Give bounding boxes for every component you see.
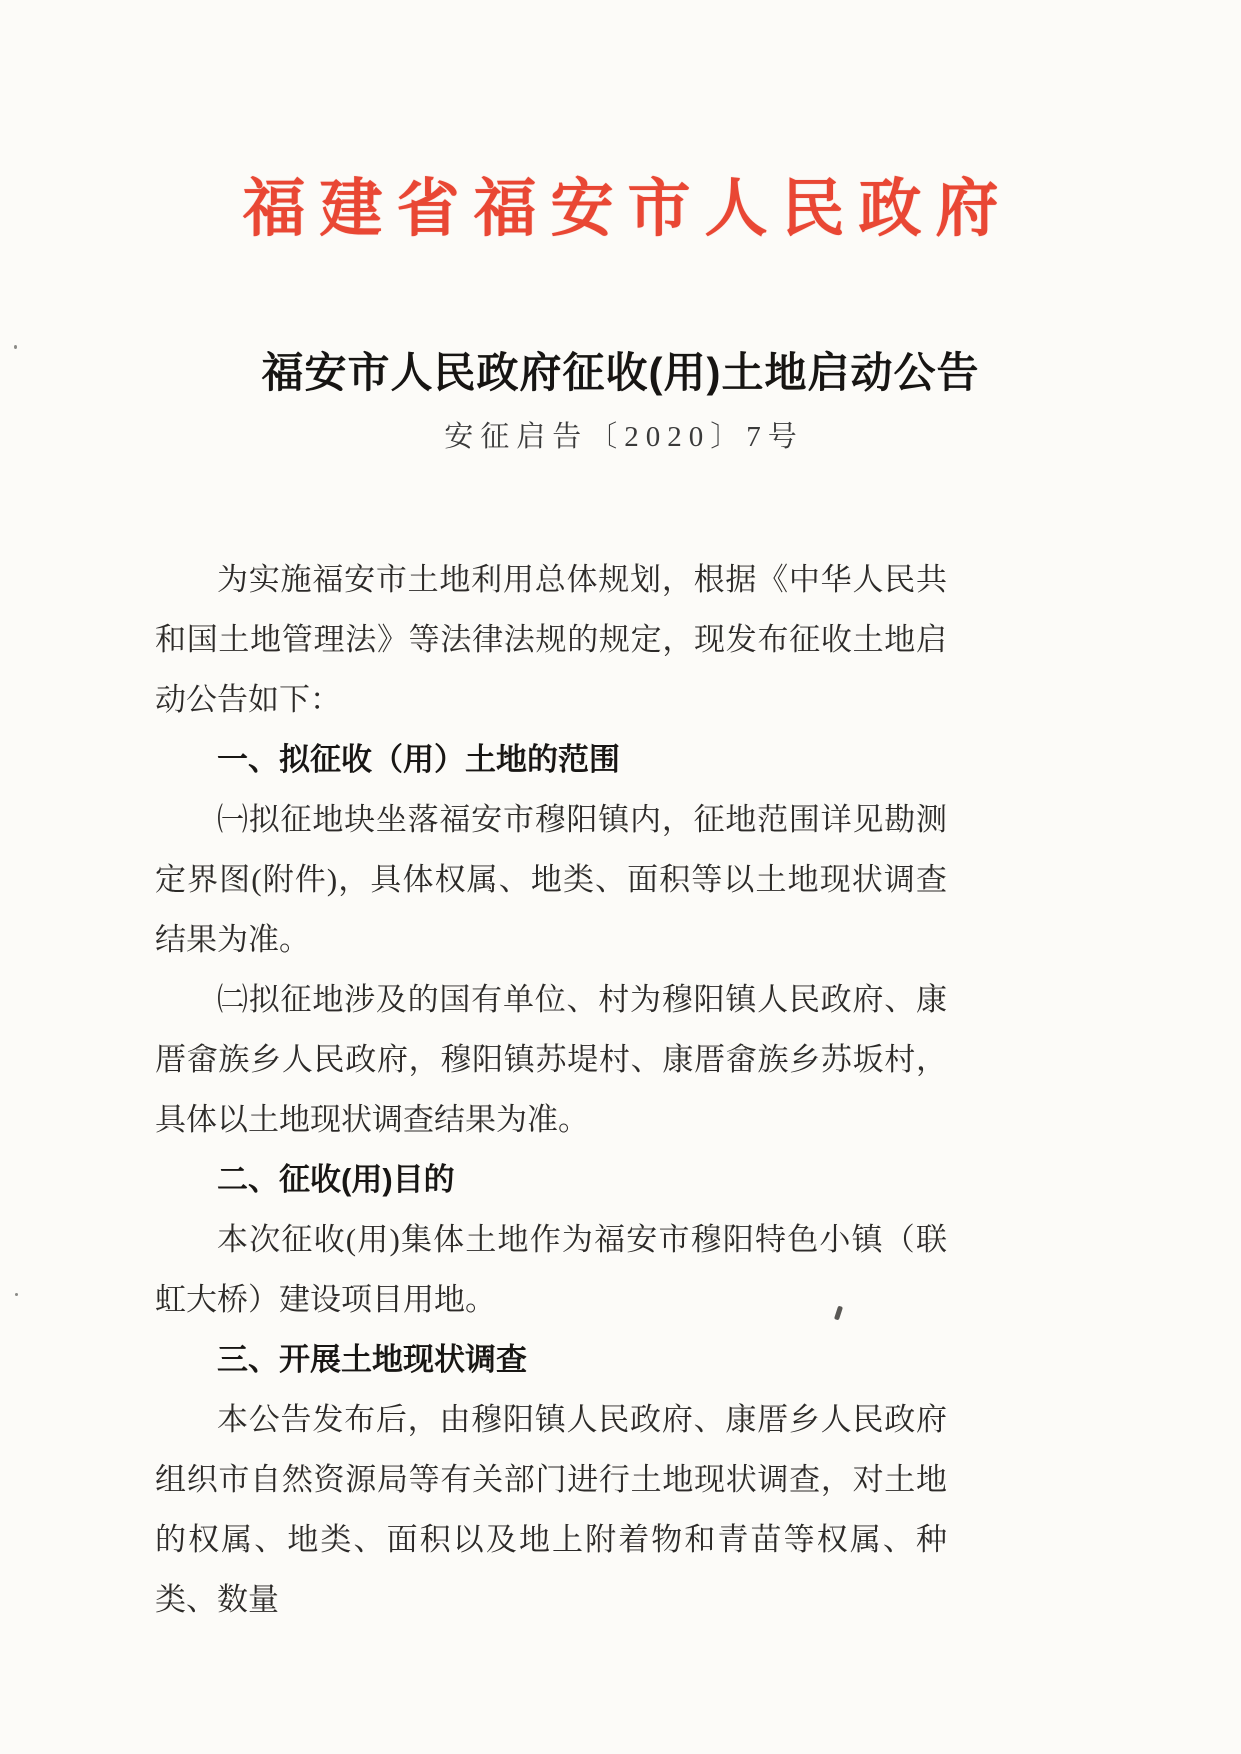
section-heading-3: 三、开展土地现状调查	[155, 1330, 947, 1390]
paragraph-intro: 为实施福安市土地利用总体规划，根据《中华人民共和国土地管理法》等法律法规的规定，…	[155, 550, 947, 730]
paragraph-purpose: 本次征收(用)集体土地作为福安市穆阳特色小镇（联虹大桥）建设项目用地。	[155, 1210, 947, 1330]
document-number: 安征启告〔2020〕7号	[0, 414, 1241, 455]
scan-speck	[15, 1293, 18, 1296]
section-heading-2: 二、征收(用)目的	[155, 1150, 947, 1210]
scanned-page: 福建省福安市人民政府 福安市人民政府征收(用)土地启动公告 安征启告〔2020〕…	[0, 0, 1241, 1754]
paragraph-scope-2: ㈡拟征地涉及的国有单位、村为穆阳镇人民政府、康厝畲族乡人民政府，穆阳镇苏堤村、康…	[155, 970, 947, 1150]
paragraph-survey: 本公告发布后，由穆阳镇人民政府、康厝乡人民政府组织市自然资源局等有关部门进行土地…	[155, 1390, 947, 1630]
paragraph-scope-1: ㈠拟征地块坐落福安市穆阳镇内，征地范围详见勘测定界图(附件)，具体权属、地类、面…	[155, 790, 947, 970]
issuing-authority-header: 福建省福安市人民政府	[0, 158, 1241, 249]
document-title: 福安市人民政府征收(用)土地启动公告	[0, 340, 1241, 400]
scan-speck	[14, 345, 17, 349]
section-heading-1: 一、拟征收（用）土地的范围	[155, 730, 947, 790]
document-body: 为实施福安市土地利用总体规划，根据《中华人民共和国土地管理法》等法律法规的规定，…	[155, 550, 947, 1630]
